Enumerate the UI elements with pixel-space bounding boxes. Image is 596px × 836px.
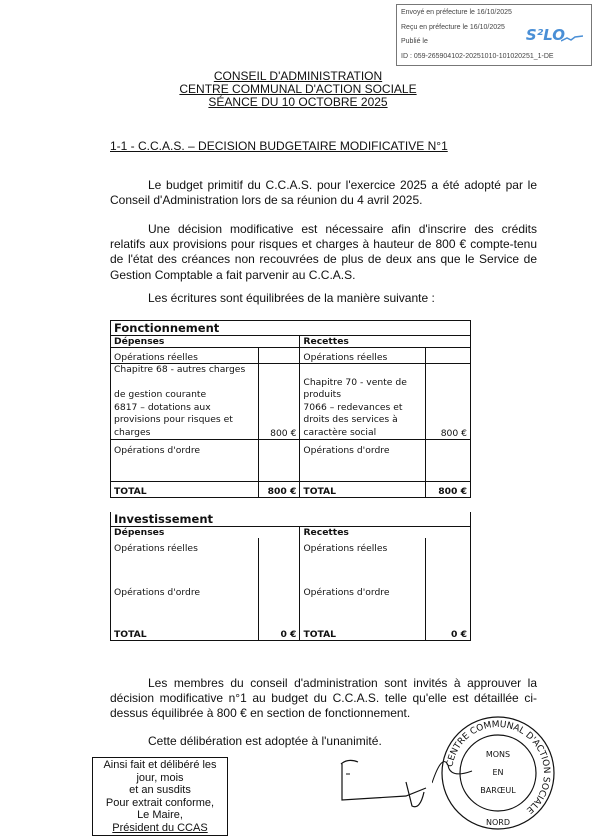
invest-dep-total-label: TOTAL xyxy=(111,626,259,640)
fonct-rec-amount: 800 € xyxy=(426,364,471,440)
fonct-depenses-label: Dépenses xyxy=(111,336,300,348)
fonct-rec-ops-reelles: Opérations réelles xyxy=(300,348,426,364)
svg-text:NORD: NORD xyxy=(486,818,510,827)
investissement-title: Investissement xyxy=(111,512,471,527)
subject-title: 1-1 - C.C.A.S. – DECISION BUDGETAIRE MOD… xyxy=(110,139,448,153)
fonct-dep-ops-ordre: Opérations d'ordre xyxy=(111,440,259,456)
fonctionnement-title: Fonctionnement xyxy=(111,321,471,336)
fonct-recettes-label: Recettes xyxy=(300,336,471,348)
investissement-table: Investissement DépensesRecettes Opératio… xyxy=(110,512,471,641)
fonct-dep-amount: 800 € xyxy=(258,364,300,440)
svg-text:MONS: MONS xyxy=(486,750,510,759)
official-seal-icon: CENTRE COMMUNAL D'ACTION SOCIALE MONS EN… xyxy=(432,713,564,833)
fonct-dep-ops-reelles: Opérations réelles xyxy=(111,348,259,364)
stamp-id: ID : 059-265904102-20251010-101020251_1-… xyxy=(401,50,587,65)
fonct-dep-total: 800 € xyxy=(258,482,300,498)
invest-rec-ops-reelles: Opérations réelles xyxy=(300,538,426,554)
paragraph-entries: Les écritures sont équilibrées de la man… xyxy=(110,291,537,306)
fonct-rec-detail: Chapitre 70 - vente de produits 7066 – r… xyxy=(300,364,426,440)
invest-dep-total: 0 € xyxy=(258,626,300,640)
slo-arrow-icon xyxy=(561,35,583,43)
paragraph-budget: Le budget primitif du C.C.A.S. pour l'ex… xyxy=(110,178,537,208)
fonct-rec-total: 800 € xyxy=(426,482,471,498)
svg-text:EN: EN xyxy=(492,768,503,777)
paragraph-decision: Une décision modificative est nécessaire… xyxy=(110,222,537,283)
fonct-rec-total-label: TOTAL xyxy=(300,482,426,498)
document-header: CONSEIL D'ADMINISTRATION CENTRE COMMUNAL… xyxy=(0,70,596,109)
invest-depenses-label: Dépenses xyxy=(111,527,300,539)
stamp-sent: Envoyé en préfecture le 16/10/2025 xyxy=(401,6,587,21)
slo-logo: S²LO xyxy=(526,28,565,43)
signature-block: Ainsi fait et délibéré les jour, mois et… xyxy=(92,757,228,836)
fonctionnement-table: Fonctionnement DépensesRecettes Opératio… xyxy=(110,320,471,498)
header-session: SÉANCE DU 10 OCTOBRE 2025 xyxy=(0,96,596,109)
invest-rec-ops-ordre: Opérations d'ordre xyxy=(300,582,426,598)
prefecture-stamp: Envoyé en préfecture le 16/10/2025 Reçu … xyxy=(396,4,592,66)
fonct-dep-detail: Chapitre 68 - autres charges de gestion … xyxy=(111,364,259,440)
handwritten-signature-icon xyxy=(336,750,432,810)
fonct-dep-total-label: TOTAL xyxy=(111,482,259,498)
svg-text:BARŒUL: BARŒUL xyxy=(480,786,516,795)
invest-rec-total: 0 € xyxy=(426,626,471,640)
invest-dep-ops-reelles: Opérations réelles xyxy=(111,538,259,554)
invest-dep-ops-ordre: Opérations d'ordre xyxy=(111,582,259,598)
invest-recettes-label: Recettes xyxy=(300,527,471,539)
invest-rec-total-label: TOTAL xyxy=(300,626,426,640)
fonct-rec-ops-ordre: Opérations d'ordre xyxy=(300,440,426,456)
